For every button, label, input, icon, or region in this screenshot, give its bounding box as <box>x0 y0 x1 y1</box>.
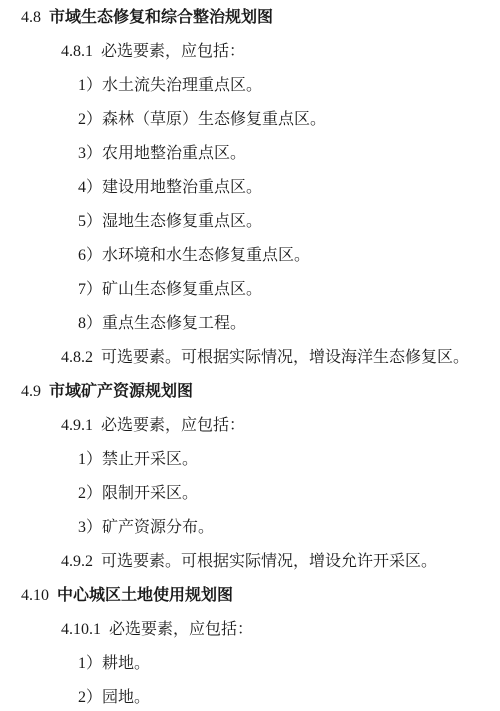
subsection-number: 4.8.1 <box>61 43 93 60</box>
item-number: 7） <box>78 281 102 298</box>
subsection-text: 必选要素，应包括： <box>101 41 245 60</box>
list-item: 6）水环境和水生态修复重点区。 <box>78 238 310 272</box>
list-item: 2）森林（草原）生态修复重点区。 <box>78 102 326 136</box>
item-text: 耕地。 <box>102 653 150 672</box>
subsection-4-9-2: 4.9.2可选要素。可根据实际情况，增设允许开采区。 <box>61 544 437 578</box>
item-text: 禁止开采区。 <box>102 449 198 468</box>
subsection-number: 4.9.1 <box>61 417 93 434</box>
list-item: 7）矿山生态修复重点区。 <box>78 272 262 306</box>
item-text: 园地。 <box>102 687 150 706</box>
item-text: 矿山生态修复重点区。 <box>102 279 262 298</box>
subsection-text: 必选要素，应包括： <box>101 415 245 434</box>
list-item: 8）重点生态修复工程。 <box>78 306 246 340</box>
item-text: 重点生态修复工程。 <box>102 313 246 332</box>
item-text: 建设用地整治重点区。 <box>102 177 262 196</box>
section-title: 市域生态修复和综合整治规划图 <box>49 7 273 26</box>
item-number: 4） <box>78 179 102 196</box>
item-number: 2） <box>78 485 102 502</box>
list-item: 4）建设用地整治重点区。 <box>78 170 262 204</box>
item-text: 森林（草原）生态修复重点区。 <box>102 109 326 128</box>
list-item: 3）农用地整治重点区。 <box>78 136 246 170</box>
section-heading-4-9: 4.9市域矿产资源规划图 <box>21 374 193 408</box>
list-item: 2）园地。 <box>78 680 150 711</box>
subsection-text: 可选要素。可根据实际情况，增设海洋生态修复区。 <box>101 347 469 366</box>
item-number: 3） <box>78 519 102 536</box>
item-number: 8） <box>78 315 102 332</box>
item-number: 1） <box>78 655 102 672</box>
section-title: 中心城区土地使用规划图 <box>57 585 233 604</box>
item-text: 矿产资源分布。 <box>102 517 214 536</box>
list-item: 3）矿产资源分布。 <box>78 510 214 544</box>
subsection-number: 4.9.2 <box>61 553 93 570</box>
section-heading-4-8: 4.8市域生态修复和综合整治规划图 <box>21 0 273 34</box>
item-text: 水土流失治理重点区。 <box>102 75 262 94</box>
item-text: 湿地生态修复重点区。 <box>102 211 262 230</box>
list-item: 1）耕地。 <box>78 646 150 680</box>
subsection-text: 可选要素。可根据实际情况，增设允许开采区。 <box>101 551 437 570</box>
item-text: 水环境和水生态修复重点区。 <box>102 245 310 264</box>
item-number: 2） <box>78 689 102 706</box>
section-heading-4-10: 4.10中心城区土地使用规划图 <box>21 578 233 612</box>
section-number: 4.9 <box>21 383 41 400</box>
subsection-4-9-1: 4.9.1必选要素，应包括： <box>61 408 245 442</box>
subsection-4-10-1: 4.10.1必选要素，应包括： <box>61 612 253 646</box>
item-text: 农用地整治重点区。 <box>102 143 246 162</box>
item-number: 3） <box>78 145 102 162</box>
item-number: 2） <box>78 111 102 128</box>
subsection-4-8-1: 4.8.1必选要素，应包括： <box>61 34 245 68</box>
subsection-number: 4.8.2 <box>61 349 93 366</box>
list-item: 5）湿地生态修复重点区。 <box>78 204 262 238</box>
item-text: 限制开采区。 <box>102 483 198 502</box>
subsection-number: 4.10.1 <box>61 621 101 638</box>
subsection-text: 必选要素，应包括： <box>109 619 253 638</box>
item-number: 1） <box>78 77 102 94</box>
list-item: 2）限制开采区。 <box>78 476 198 510</box>
item-number: 5） <box>78 213 102 230</box>
list-item: 1）水土流失治理重点区。 <box>78 68 262 102</box>
item-number: 1） <box>78 451 102 468</box>
section-title: 市域矿产资源规划图 <box>49 381 193 400</box>
section-number: 4.8 <box>21 9 41 26</box>
item-number: 6） <box>78 247 102 264</box>
list-item: 1）禁止开采区。 <box>78 442 198 476</box>
subsection-4-8-2: 4.8.2可选要素。可根据实际情况，增设海洋生态修复区。 <box>61 340 469 374</box>
section-number: 4.10 <box>21 587 49 604</box>
